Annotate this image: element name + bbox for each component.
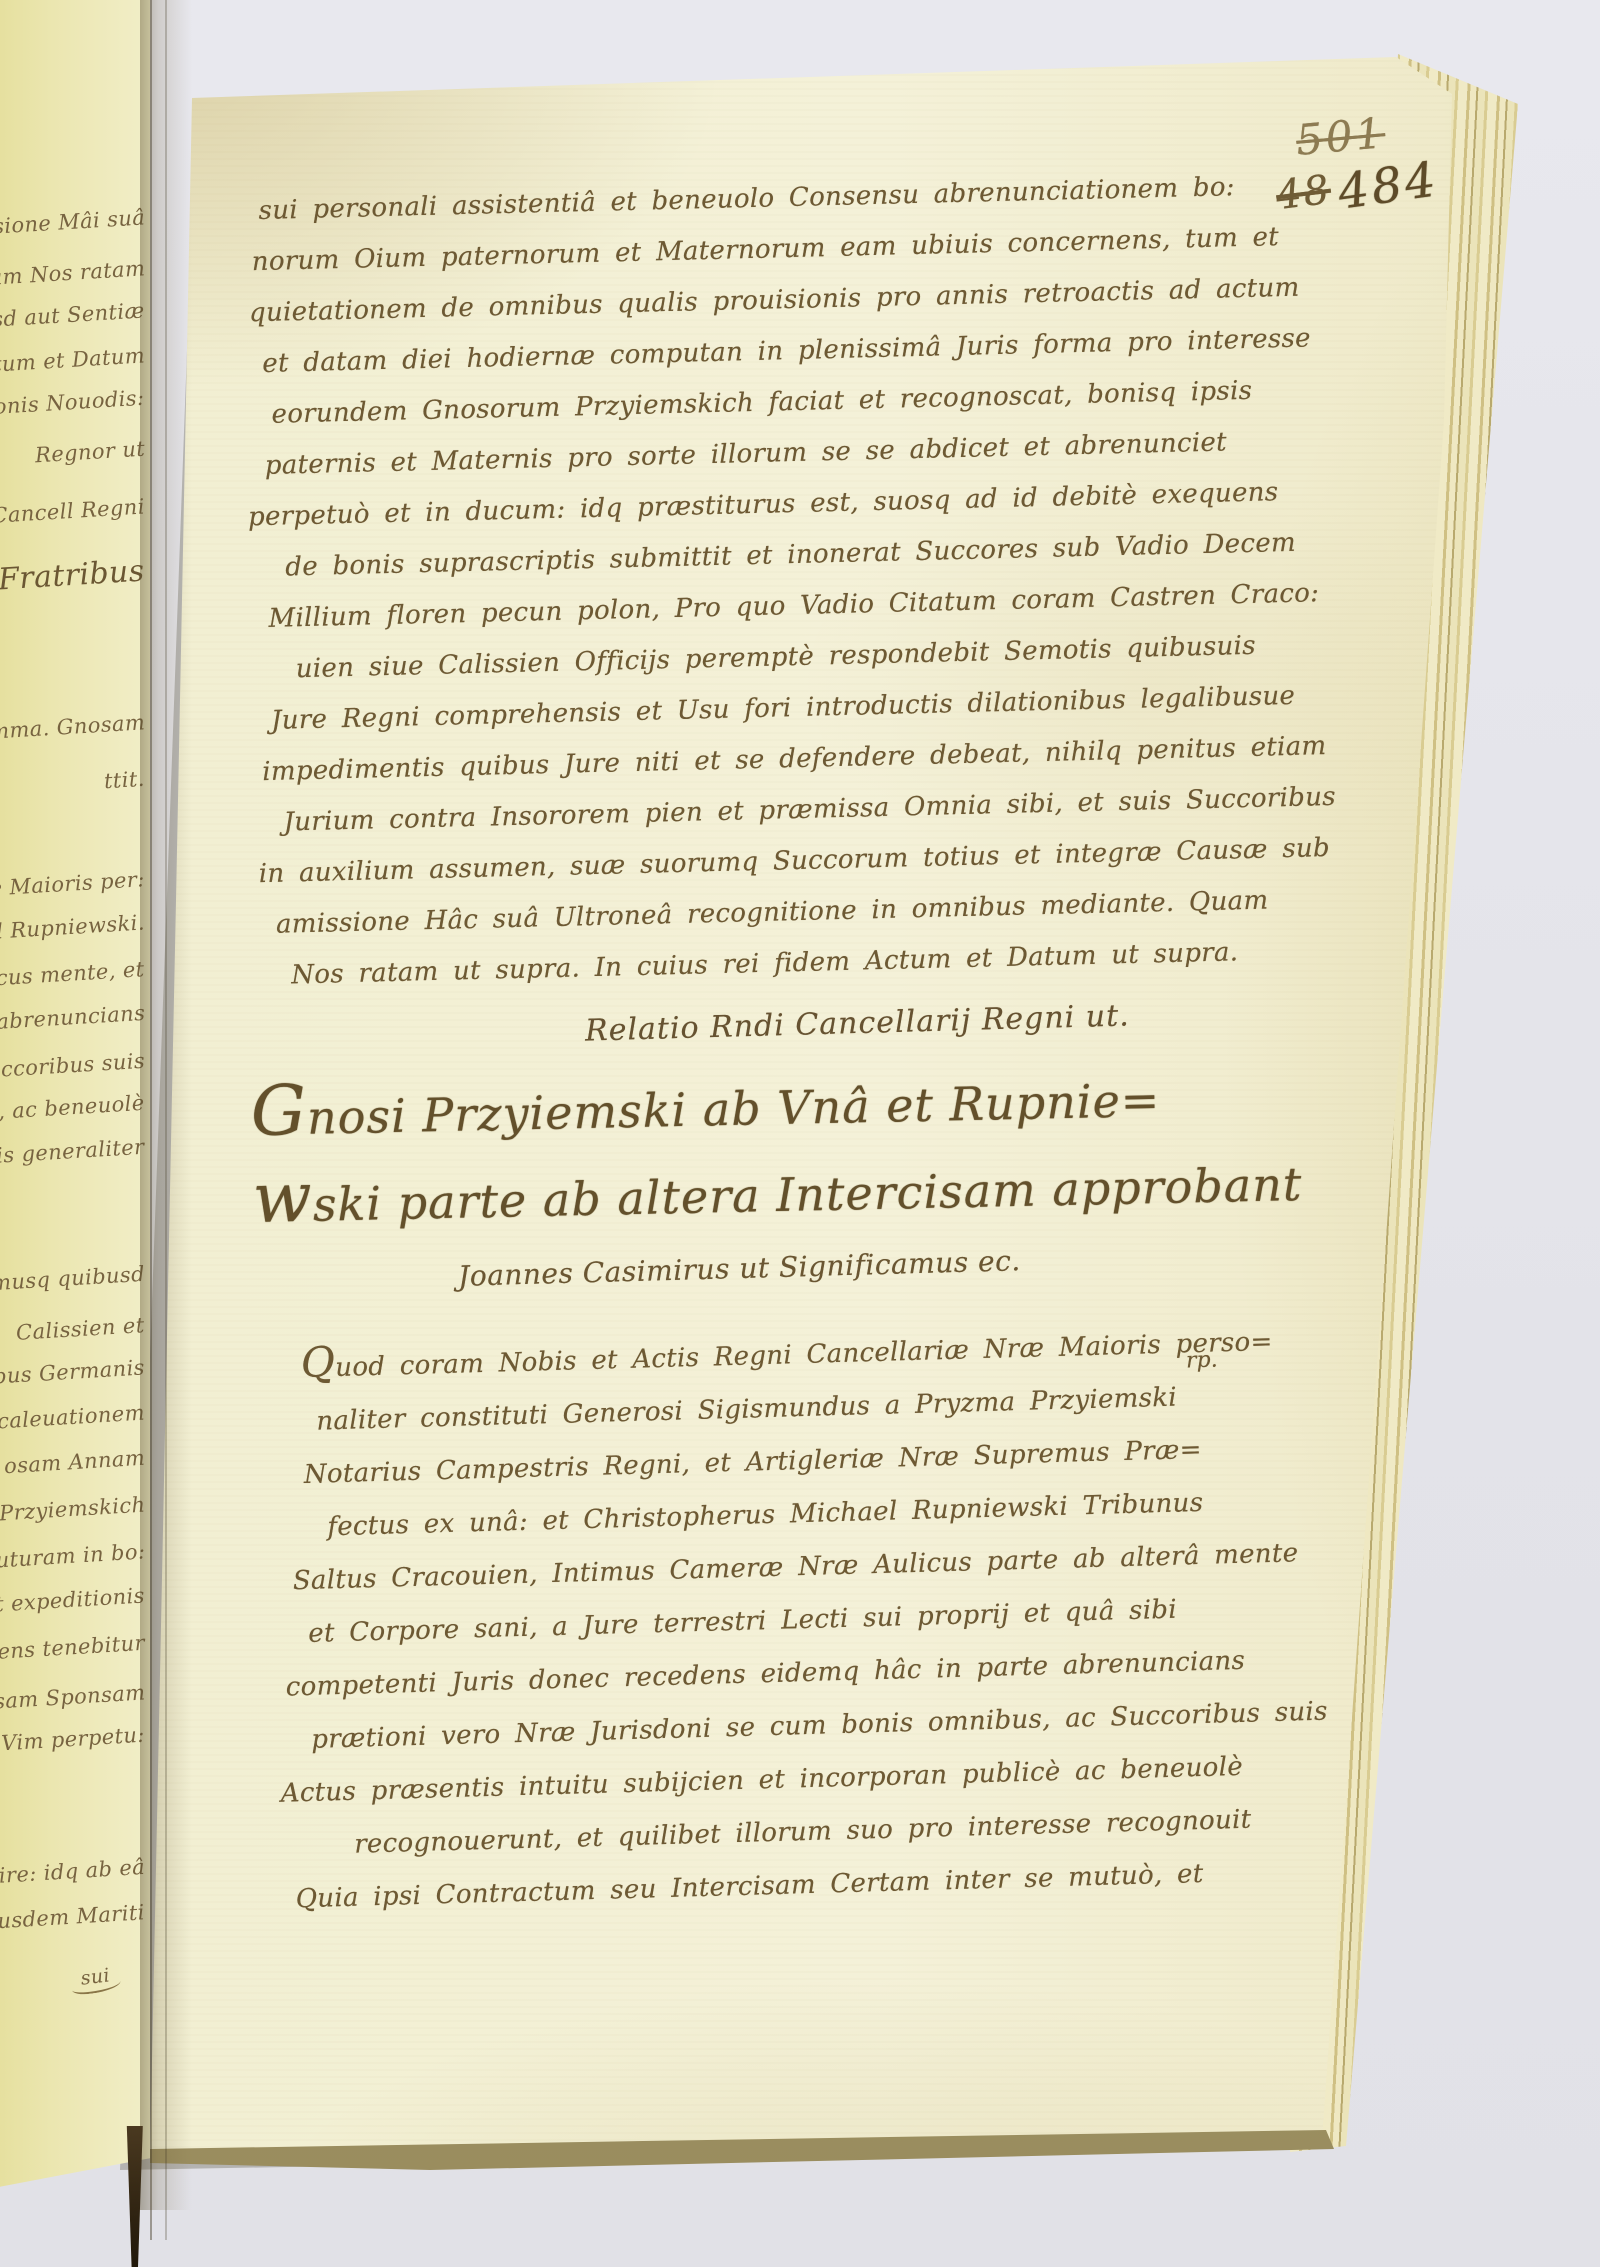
left-page-text-fragment: Regnor ut bbox=[34, 437, 145, 468]
left-page-text-fragment: tum et Datum bbox=[0, 343, 146, 376]
left-page-text-fragment: osam Annam bbox=[3, 1446, 145, 1479]
left-page-text-fragment: m futuram in bo: bbox=[0, 1539, 146, 1574]
facing-page-edge: sione Mâi suâQuam Nos ratamexc eisd aut … bbox=[0, 0, 150, 2200]
left-page-text-fragment: Nræ Maioris per: bbox=[0, 867, 146, 903]
manuscript-scan: sione Mâi suâQuam Nos ratamexc eisd aut … bbox=[0, 0, 1600, 2267]
gutter-crease-line bbox=[165, 0, 167, 2240]
left-page-text-fragment: mma. Gnosam bbox=[0, 710, 146, 743]
left-page-text-fragment: exc eisd aut Sentiæ bbox=[0, 298, 146, 335]
crossed-folio-number-old: 501 bbox=[1294, 108, 1387, 165]
folio-number: 484 bbox=[1335, 151, 1442, 220]
royal-intitulatio: Joannes Casimirus ut Significamus ec. bbox=[458, 1244, 1021, 1293]
left-page-text-fragment: cum eiusdem Mariti bbox=[0, 1900, 146, 1937]
relatio-line: Relatio Rndi Cancellarij Regni ut. bbox=[585, 998, 1131, 1048]
left-page-text-fragment: m Cancell Regni bbox=[0, 494, 146, 529]
left-page-text-fragment: sam Sponsam bbox=[0, 1680, 146, 1713]
left-page-text-fragment: t expeditionis bbox=[0, 1583, 146, 1616]
left-page-text-fragment: tuire: idq ab eâ bbox=[0, 1855, 146, 1889]
left-page-text-fragment: Summusq quibusd bbox=[0, 1262, 146, 1298]
entry-heading: Gnosi Przyiemski ab Vnâ et Rupnie=wski p… bbox=[250, 1050, 1303, 1246]
left-page-text-fragment: bus Germanis bbox=[0, 1355, 146, 1388]
entry-continuation-paragraph: sui personali assistentiâ et beneuolo Co… bbox=[258, 161, 1288, 1001]
left-page-text-fragment: caleuationem bbox=[0, 1401, 146, 1434]
left-page-text-fragment: Fratribus bbox=[0, 554, 146, 598]
left-page-text-fragment: Przyiemskich bbox=[0, 1493, 146, 1526]
left-page-text-fragment: concernens tenebitur bbox=[0, 1631, 146, 1669]
crossed-folio-number-mid: 48 bbox=[1273, 167, 1333, 219]
left-page-text-fragment: ac Succoribus suis bbox=[0, 1049, 146, 1085]
left-page-text-fragment: suis generaliter bbox=[0, 1135, 146, 1170]
gutter-crease-line bbox=[150, 0, 152, 2240]
left-page-text-fragment: Calissien et bbox=[16, 1313, 146, 1345]
left-page-text-fragment: ca Vim perpetu: bbox=[0, 1723, 146, 1758]
left-page-text-fragment: petenti abrenuncians bbox=[0, 1001, 146, 1039]
entry-body-paragraph: Quod coram Nobis et Actis Regni Cancella… bbox=[300, 1308, 1326, 1926]
left-page-text-fragment: sui bbox=[69, 1963, 121, 1996]
left-page-text-fragment: sione Mâi suâ bbox=[0, 205, 146, 238]
left-page-text-fragment: l Rupniewski. bbox=[0, 910, 146, 943]
left-page-text-fragment: Aulicus mente, et bbox=[0, 957, 146, 993]
left-page-text-fragment: ceptionis Nouodis: bbox=[0, 386, 146, 423]
left-page-text-fragment: Quam Nos ratam bbox=[0, 256, 146, 291]
margin-note: rp. bbox=[1186, 1347, 1218, 1373]
left-page-text-fragment: ce, ac beneuolè bbox=[0, 1091, 146, 1125]
